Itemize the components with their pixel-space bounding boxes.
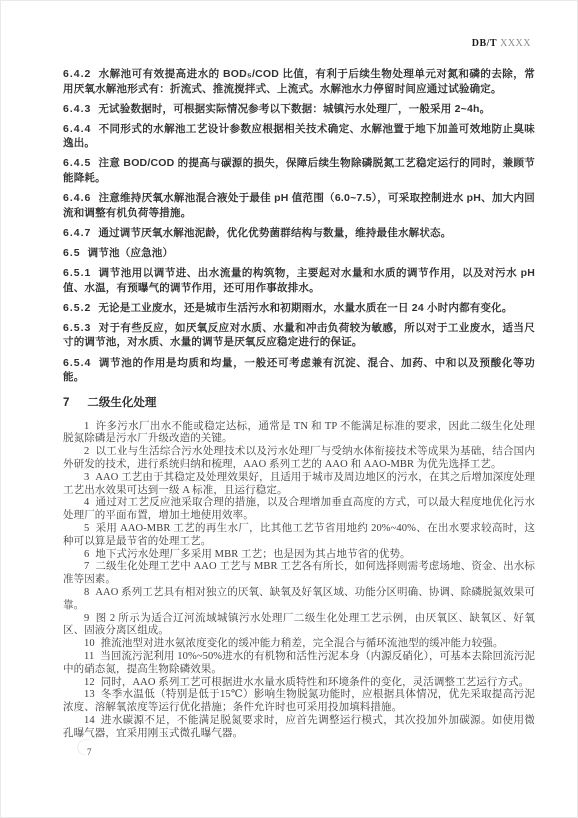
item-text: AAO 工艺由于其稳定及处理效果好，且适用于城市及周边地区的污水，在其之后增加深…: [63, 472, 535, 496]
item-number: 12: [84, 677, 101, 688]
item-text: 许多污水厂出水不能或稳定达标，通常是 TN 和 TP 不能满足标准的要求，因此二…: [63, 421, 535, 445]
clause-text: 通过调节厌氧水解池泥龄，优化优势菌群结构与数量，维持最佳水解状态。: [98, 227, 451, 239]
clause-number: 6.5.2: [63, 302, 98, 314]
clause-number: 6.4.2: [63, 68, 98, 80]
list-item: 2以工业与生活综合污水处理技术以及污水处理厂与受纳水体衔接技术等成果为基础，结合…: [63, 446, 535, 472]
item-number: 10: [84, 638, 101, 649]
clause-number: 6.5: [63, 247, 88, 259]
clause-text: 水解池可有效提高进水的 BOD₅/COD 比值，有利于后续生物处理单元对氮和磷的…: [63, 68, 535, 95]
list-item: 6地下式污水处理厂多采用 MBR 工艺；也是因为其占地节省的优势。: [63, 549, 535, 562]
item-text: AAO 系列工艺具有相对独立的厌氧、缺氧及好氧区域、功能分区明确、协调、除磷脱氮…: [63, 587, 535, 611]
list-item: 4通过对工艺反应池采取合理的措施，以及合理增加垂直高度的方式，可以最大程度地优化…: [63, 497, 535, 523]
clause-text: 对于有些反应，如厌氧反应对水质、水量和冲击负荷较为敏感，所以对于工业废水，适当尺…: [63, 322, 535, 349]
item-number: 7: [84, 561, 95, 572]
clause-paragraph: 6.4.2水解池可有效提高进水的 BOD₅/COD 比值，有利于后续生物处理单元…: [63, 67, 535, 96]
list-item: 14进水碳源不足，不能满足脱氮要求时，应首先调整运行模式，其次投加外加碳源。如使…: [63, 715, 535, 741]
clause-paragraph: 6.5调节池（应急池）: [63, 246, 535, 261]
clause-text: 注意维持厌氧水解池混合液处于最佳 pH 值范围（6.0~7.5），可采取控制进水…: [63, 192, 535, 219]
item-text: 推流池型对进水氨浓度变化的缓冲能力稍差，完全混合与循环流池型的缓冲能力较强。: [101, 638, 504, 649]
item-number: 3: [84, 472, 95, 483]
clause-text: 注意 BOD/COD 的提高与碳源的损失，保障后续生物除磷脱氮工艺稳定运行的同时…: [63, 157, 535, 184]
clause-list: 6.4.2水解池可有效提高进水的 BOD₅/COD 比值，有利于后续生物处理单元…: [63, 67, 535, 385]
item-number: 11: [84, 651, 100, 662]
item-text: 进水碳源不足，不能满足脱氮要求时，应首先调整运行模式，其次投加外加碳源。如使用微…: [63, 715, 535, 739]
clause-paragraph: 6.4.4不同形式的水解池工艺设计参数应根据相关技术确定、水解池置于地下加盖可效…: [63, 122, 535, 151]
clause-paragraph: 6.4.5注意 BOD/COD 的提高与碳源的损失，保障后续生物除磷脱氮工艺稳定…: [63, 156, 535, 185]
item-number: 14: [84, 715, 101, 726]
clause-paragraph: 6.4.6注意维持厌氧水解池混合液处于最佳 pH 值范围（6.0~7.5），可采…: [63, 191, 535, 220]
clause-number: 6.5.3: [63, 322, 98, 334]
item-number: 9: [84, 613, 95, 624]
list-item: 9图 2 所示为适合辽河流域城镇污水处理厂二级生化处理工艺示例，由厌氧区、缺氧区…: [63, 613, 535, 639]
item-text: 当回流污泥利用 10%~50%进水的有机物和活性污泥本身（内源反硝化），可基本去…: [63, 651, 535, 675]
clause-number: 6.4.3: [63, 103, 98, 115]
item-text: 二级生化处理工艺中 AAO 工艺与 MBR 工艺各有所长，如何选择则需考虑场地、…: [63, 561, 535, 585]
list-item: 8AAO 系列工艺具有相对独立的厌氧、缺氧及好氧区域、功能分区明确、协调、除磷脱…: [63, 587, 535, 613]
item-number: 8: [84, 587, 95, 598]
item-number: 5: [84, 523, 95, 534]
clause-text: 调节池（应急池）: [88, 247, 174, 259]
doc-code-suffix: XXXX: [500, 38, 531, 49]
item-number: 13: [84, 689, 101, 700]
item-text: 采用 AAO-MBR 工艺的再生水厂，比其他工艺节省用地约 20%~40%、在出…: [63, 523, 535, 547]
list-item: 7二级生化处理工艺中 AAO 工艺与 MBR 工艺各有所长，如何选择则需考虑场地…: [63, 561, 535, 587]
clause-paragraph: 6.5.3对于有些反应，如厌氧反应对水质、水量和冲击负荷较为敏感，所以对于工业废…: [63, 321, 535, 350]
list-item: 13冬季水温低（特别是低于15℃）影响生物脱氮功能时，应根据具体情况，优先采取提…: [63, 689, 535, 715]
header-doc-code: DB/TXXXX: [472, 38, 531, 49]
section-title: 二级生化处理: [87, 397, 156, 409]
item-number: 1: [84, 421, 95, 432]
clause-number: 6.4.7: [63, 227, 98, 239]
list-item: 10推流池型对进水氨浓度变化的缓冲能力稍差，完全混合与循环流池型的缓冲能力较强。: [63, 638, 535, 651]
list-item: 11当回流污泥利用 10%~50%进水的有机物和活性污泥本身（内源反硝化），可基…: [63, 651, 535, 677]
doc-code-prefix: DB/T: [472, 38, 497, 49]
section-heading: 7二级生化处理: [63, 394, 535, 410]
section-number: 7: [63, 397, 87, 409]
item-number: 4: [84, 497, 95, 508]
clause-text: 调节池的作用是均质和均量，一般还可考虑兼有沉淀、混合、加药、中和以及预酸化等功能…: [63, 357, 535, 384]
clause-number: 6.4.5: [63, 157, 98, 169]
item-number: 6: [84, 549, 95, 560]
clause-text: 无试验数据时，可根据实际情况参考以下数据：城镇污水处理厂，一般采用 2~4h。: [98, 103, 490, 115]
list-item: 3AAO 工艺由于其稳定及处理效果好，且适用于城市及周边地区的污水，在其之后增加…: [63, 472, 535, 498]
clause-text: 调节池用以调节进、出水流量的构筑物，主要起对水量和水质的调节作用，以及对污水 p…: [63, 267, 535, 294]
page-number: 7: [87, 747, 92, 757]
item-text: 冬季水温低（特别是低于15℃）影响生物脱氮功能时，应根据具体情况，优先采取提高污…: [63, 689, 535, 713]
clause-paragraph: 6.4.7通过调节厌氧水解池泥龄，优化优势菌群结构与数量，维持最佳水解状态。: [63, 226, 535, 241]
clause-number: 6.5.1: [63, 267, 98, 279]
clause-paragraph: 6.5.1调节池用以调节进、出水流量的构筑物，主要起对水量和水质的调节作用，以及…: [63, 266, 535, 295]
clause-paragraph: 6.5.2无论是工业废水，还是城市生活污水和初期雨水，水量水质在一日 24 小时…: [63, 301, 535, 316]
document-page: DB/TXXXX 6.4.2水解池可有效提高进水的 BOD₅/COD 比值，有利…: [0, 0, 578, 818]
list-item: 1许多污水厂出水不能或稳定达标，通常是 TN 和 TP 不能满足标准的要求，因此…: [63, 421, 535, 447]
clause-number: 6.5.4: [63, 357, 98, 369]
item-text: 地下式污水处理厂多采用 MBR 工艺；也是因为其占地节省的优势。: [95, 549, 410, 560]
item-text: 通过对工艺反应池采取合理的措施，以及合理增加垂直高度的方式，可以最大程度地优化污…: [63, 497, 535, 521]
page-content: 6.4.2水解池可有效提高进水的 BOD₅/COD 比值，有利于后续生物处理单元…: [63, 67, 535, 741]
item-text: 同时，AAO 系列工艺可根据进水水量水质特性和环境条件的变化，灵活调整工艺运行方…: [101, 677, 530, 688]
list-item: 12同时，AAO 系列工艺可根据进水水量水质特性和环境条件的变化，灵活调整工艺运…: [63, 677, 535, 690]
clause-number: 6.4.6: [63, 192, 98, 204]
clause-paragraph: 6.4.3无试验数据时，可根据实际情况参考以下数据：城镇污水处理厂，一般采用 2…: [63, 102, 535, 117]
clause-number: 6.4.4: [63, 123, 98, 135]
item-list: 1许多污水厂出水不能或稳定达标，通常是 TN 和 TP 不能满足标准的要求，因此…: [63, 421, 535, 741]
item-text: 图 2 所示为适合辽河流域城镇污水处理厂二级生化处理工艺示例，由厌氧区、缺氧区、…: [63, 613, 535, 637]
clause-paragraph: 6.5.4调节池的作用是均质和均量，一般还可考虑兼有沉淀、混合、加药、中和以及预…: [63, 356, 535, 385]
item-number: 2: [84, 446, 95, 457]
clause-text: 不同形式的水解池工艺设计参数应根据相关技术确定、水解池置于地下加盖可效地防止臭味…: [63, 123, 535, 150]
clause-text: 无论是工业废水，还是城市生活污水和初期雨水，水量水质在一日 24 小时内都有变化…: [98, 302, 512, 314]
item-text: 以工业与生活综合污水处理技术以及污水处理厂与受纳水体衔接技术等成果为基础，结合国…: [63, 446, 535, 470]
list-item: 5采用 AAO-MBR 工艺的再生水厂，比其他工艺节省用地约 20%~40%、在…: [63, 523, 535, 549]
